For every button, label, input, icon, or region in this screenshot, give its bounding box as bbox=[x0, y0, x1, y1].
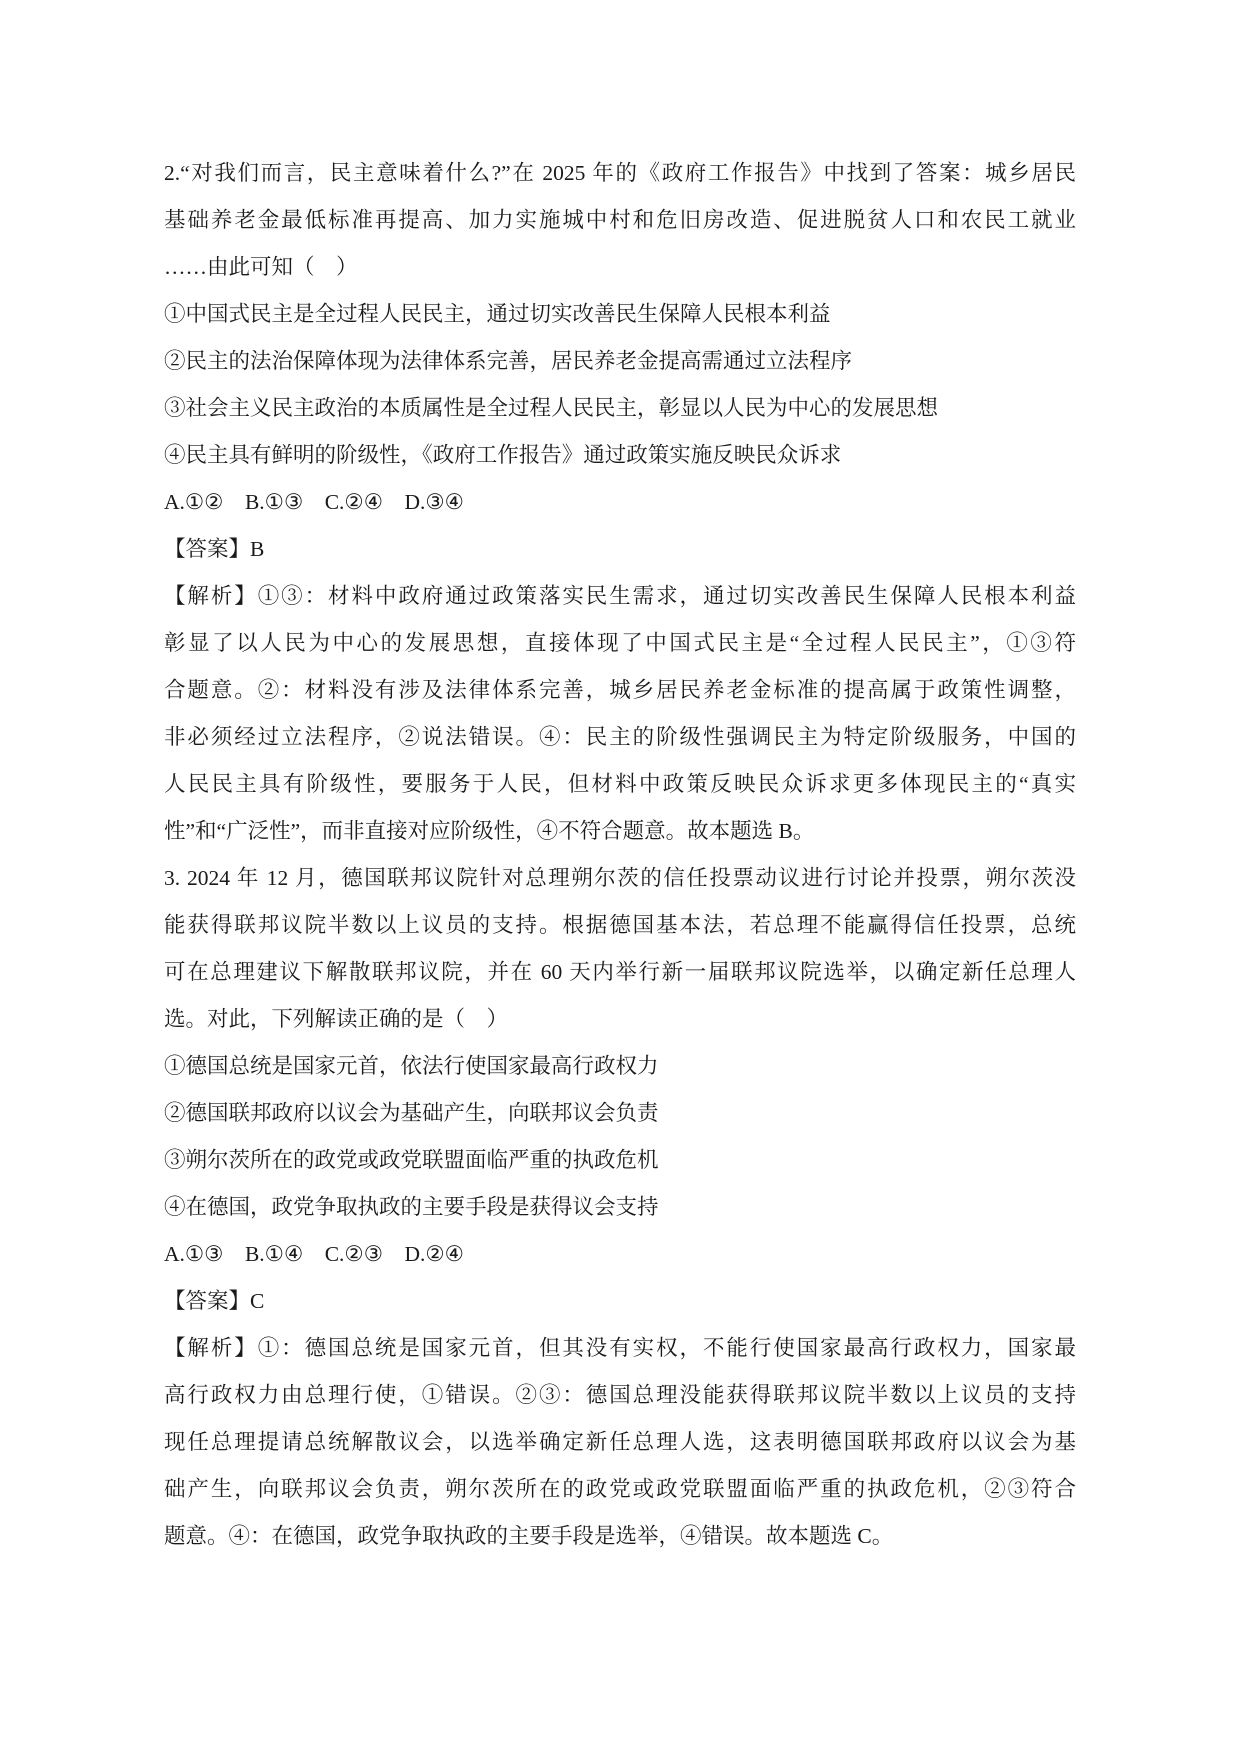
question-2-stem-line: 2.“对我们而言，民主意味着什么?”在 2025 年的《政府工作报告》中找到了答… bbox=[164, 150, 1076, 197]
question-2-choices-line: A.①② B.①③ C.②④ D.③④ bbox=[164, 479, 1076, 526]
question-2-analysis-line: 非必须经过立法程序，②说法错误。④：民主的阶级性强调民主为特定阶级服务，中国的 bbox=[164, 714, 1076, 761]
question-2-analysis-line: 【解析】①③：材料中政府通过政策落实民生需求，通过切实改善民生保障人民根本利益 bbox=[164, 573, 1076, 620]
question-2-option-3: ③社会主义民主政治的本质属性是全过程人民民主，彰显以人民为中心的发展思想 bbox=[164, 385, 1076, 432]
question-2-block: 2.“对我们而言，民主意味着什么?”在 2025 年的《政府工作报告》中找到了答… bbox=[164, 150, 1076, 855]
question-3-option-4: ④在德国，政党争取执政的主要手段是获得议会支持 bbox=[164, 1184, 1076, 1231]
question-3-block: 3. 2024 年 12 月，德国联邦议院针对总理朔尔茨的信任投票动议进行讨论并… bbox=[164, 855, 1076, 1560]
document-page: 2.“对我们而言，民主意味着什么?”在 2025 年的《政府工作报告》中找到了答… bbox=[164, 150, 1076, 1560]
question-3-answer-line: 【答案】C bbox=[164, 1278, 1076, 1325]
question-3-analysis-line: 高行政权力由总理行使，①错误。②③：德国总理没能获得联邦议院半数以上议员的支持 bbox=[164, 1372, 1076, 1419]
question-2-analysis-line: 合题意。②：材料没有涉及法律体系完善，城乡居民养老金标准的提高属于政策性调整， bbox=[164, 667, 1076, 714]
question-3-analysis-line: 【解析】①：德国总统是国家元首，但其没有实权，不能行使国家最高行政权力，国家最 bbox=[164, 1325, 1076, 1372]
question-2-analysis-line: 性”和“广泛性”，而非直接对应阶级性，④不符合题意。故本题选 B。 bbox=[164, 808, 1076, 855]
question-3-stem-line: 3. 2024 年 12 月，德国联邦议院针对总理朔尔茨的信任投票动议进行讨论并… bbox=[164, 855, 1076, 902]
question-3-analysis-line: 题意。④：在德国，政党争取执政的主要手段是选举，④错误。故本题选 C。 bbox=[164, 1513, 1076, 1560]
question-3-stem-line: 可在总理建议下解散联邦议院，并在 60 天内举行新一届联邦议院选举，以确定新任总… bbox=[164, 949, 1076, 996]
question-3-stem-line: 选。对此，下列解读正确的是（ ） bbox=[164, 996, 1076, 1043]
question-2-option-1: ①中国式民主是全过程人民民主，通过切实改善民生保障人民根本利益 bbox=[164, 291, 1076, 338]
question-3-option-3: ③朔尔茨所在的政党或政党联盟面临严重的执政危机 bbox=[164, 1137, 1076, 1184]
question-3-analysis-line: 础产生，向联邦议会负责，朔尔茨所在的政党或政党联盟面临严重的执政危机，②③符合 bbox=[164, 1466, 1076, 1513]
question-2-answer-line: 【答案】B bbox=[164, 526, 1076, 573]
question-3-stem-line: 能获得联邦议院半数以上议员的支持。根据德国基本法，若总理不能赢得信任投票，总统 bbox=[164, 902, 1076, 949]
question-2-analysis-line: 彰显了以人民为中心的发展思想，直接体现了中国式民主是“全过程人民民主”，①③符 bbox=[164, 620, 1076, 667]
question-3-option-2: ②德国联邦政府以议会为基础产生，向联邦议会负责 bbox=[164, 1090, 1076, 1137]
question-2-stem-line: ……由此可知（ ） bbox=[164, 244, 1076, 291]
question-2-stem-line: 基础养老金最低标准再提高、加力实施城中村和危旧房改造、促进脱贫人口和农民工就业 bbox=[164, 197, 1076, 244]
question-3-option-1: ①德国总统是国家元首，依法行使国家最高行政权力 bbox=[164, 1043, 1076, 1090]
question-2-option-4: ④民主具有鲜明的阶级性，《政府工作报告》通过政策实施反映民众诉求 bbox=[164, 432, 1076, 479]
question-2-analysis-line: 人民民主具有阶级性，要服务于人民，但材料中政策反映民众诉求更多体现民主的“真实 bbox=[164, 761, 1076, 808]
question-3-choices-line: A.①③ B.①④ C.②③ D.②④ bbox=[164, 1231, 1076, 1278]
question-3-analysis-line: 现任总理提请总统解散议会，以选举确定新任总理人选，这表明德国联邦政府以议会为基 bbox=[164, 1419, 1076, 1466]
question-2-option-2: ②民主的法治保障体现为法律体系完善，居民养老金提高需通过立法程序 bbox=[164, 338, 1076, 385]
